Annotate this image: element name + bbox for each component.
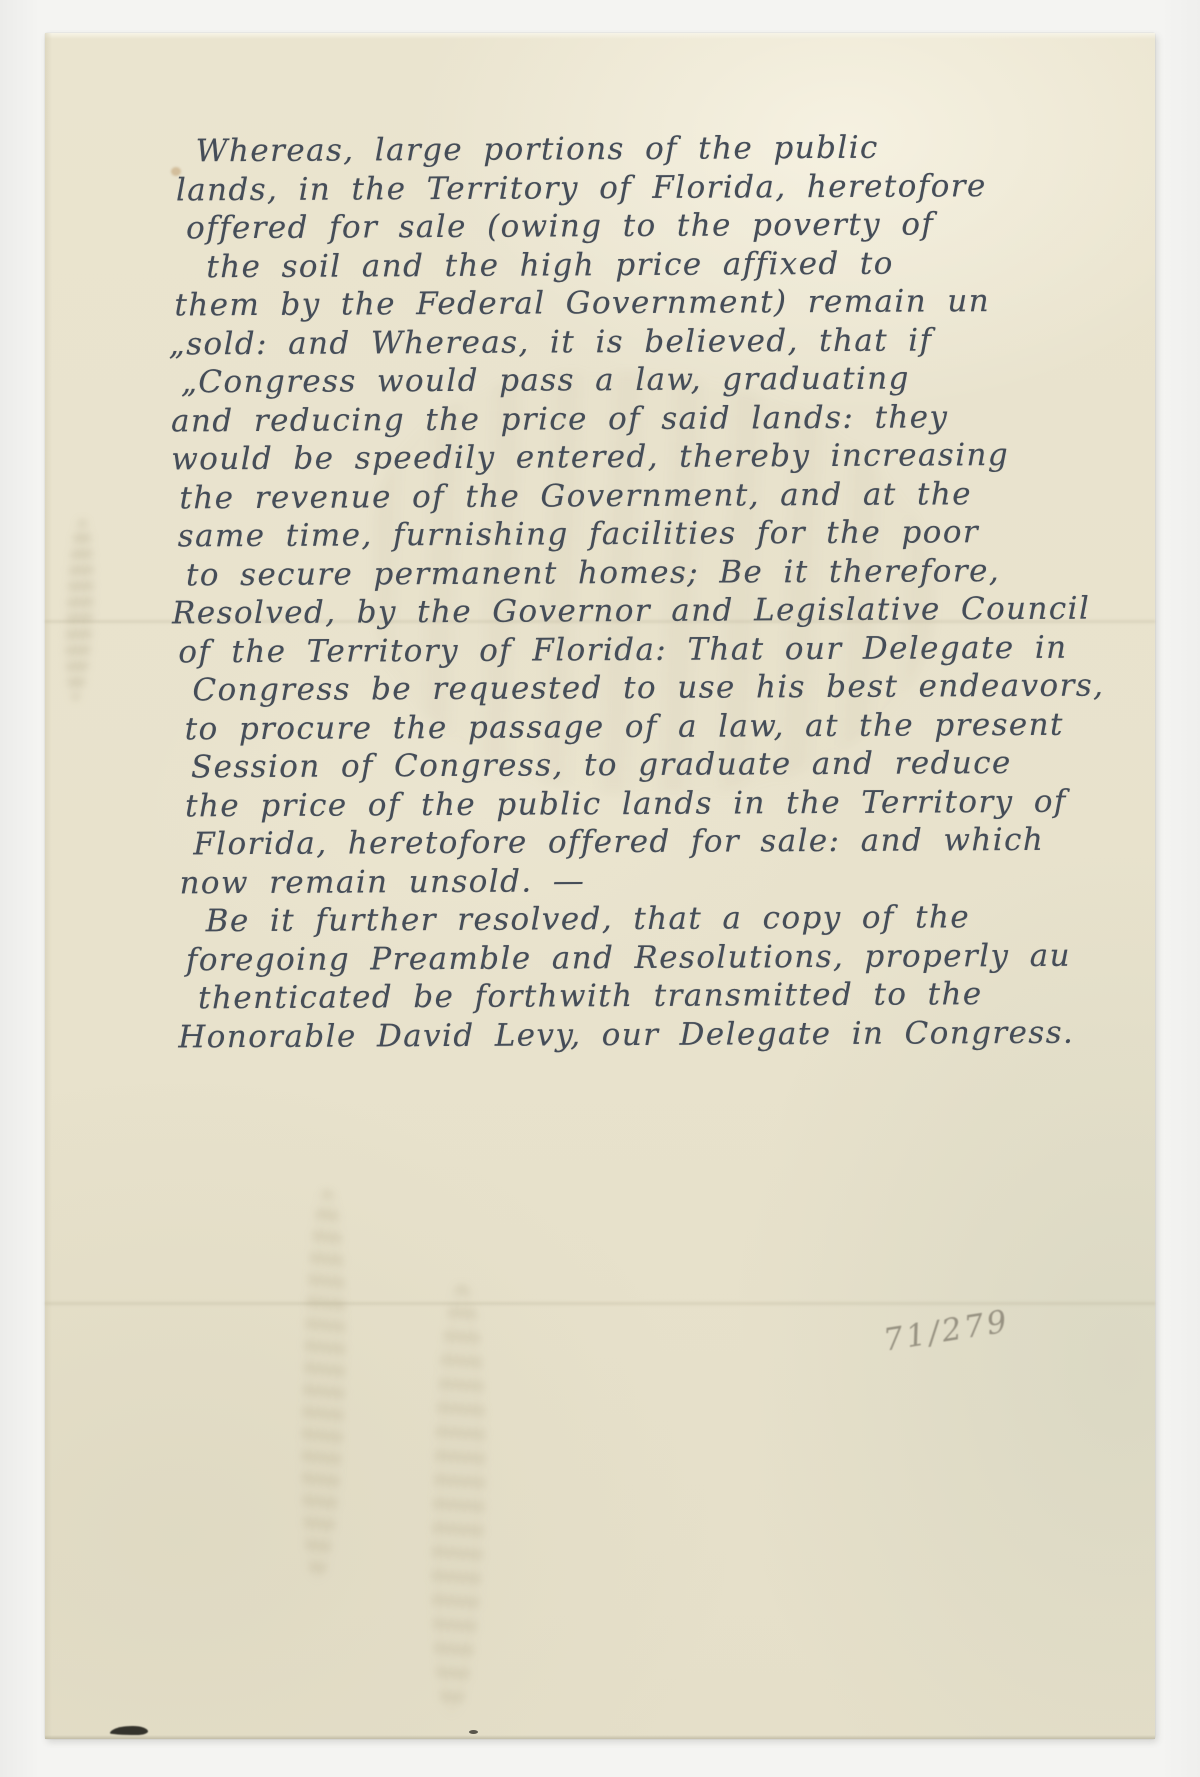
manuscript-line: thenticated be forthwith transmitted to …: [198, 975, 1102, 1018]
manuscript-line: the price of the public lands in the Ter…: [185, 782, 1101, 825]
manuscript-line: to secure permanent homes; Be it therefo…: [186, 551, 1100, 594]
foxing-spot: [171, 167, 181, 176]
manuscript-line: to procure the passage of a law, at the …: [185, 705, 1101, 748]
manuscript-line: offered for sale (owing to the poverty o…: [186, 205, 1098, 248]
manuscript-line: the revenue of the Government, and at th…: [179, 474, 1099, 517]
ink-bleedthrough-mark: [296, 1189, 352, 1580]
manuscript-line: same time, furnishing facilities for the…: [178, 513, 1100, 556]
manuscript-line: Congress be requested to use his best en…: [192, 667, 1100, 710]
manuscript-line: lands, in the Territory of Florida, here…: [176, 166, 1098, 209]
paper-bottom-edge: [45, 1735, 1155, 1739]
manuscript-page: Whereas, large portions of the public la…: [45, 33, 1155, 1739]
paper-top-edge: [45, 33, 1155, 39]
manuscript-line: them by the Federal Government) remain u…: [174, 282, 1098, 325]
manuscript-line: Resolved, by the Governor and Legislativ…: [172, 590, 1100, 633]
manuscript-line: now remain unsold. —: [179, 859, 1101, 902]
ink-speck: [469, 1730, 478, 1734]
margin-pencil-ghost-mark: [62, 519, 97, 700]
manuscript-line: of the Territory of Florida: That our De…: [178, 628, 1100, 671]
manuscript-line: Honorable David Levy, our Delegate in Co…: [178, 1013, 1102, 1056]
archival-page-number: 71/279: [881, 1303, 1012, 1358]
paper-fold-crease: [45, 1302, 1155, 1305]
manuscript-line: „Congress would pass a law, graduating: [181, 359, 1099, 402]
manuscript-line: the soil and the high price affixed to: [206, 243, 1098, 286]
manuscript-line: foregoing Preamble and Resolutions, prop…: [186, 936, 1102, 979]
ink-bleedthrough-mark: [426, 1284, 493, 1716]
manuscript-line: Be it further resolved, that a copy of t…: [206, 898, 1102, 941]
manuscript-body-text: Whereas, large portions of the public la…: [168, 128, 1103, 1057]
manuscript-line: Whereas, large portions of the public: [196, 128, 1098, 171]
manuscript-line: would be speedily entered, thereby incre…: [171, 436, 1099, 479]
manuscript-line: „sold: and Whereas, it is believed, that…: [169, 320, 1099, 363]
manuscript-line: and reducing the price of said lands: th…: [171, 397, 1099, 440]
ink-blot: [110, 1726, 148, 1735]
paper-left-edge: [45, 33, 52, 1739]
manuscript-line: Session of Congress, to graduate and red…: [191, 744, 1101, 787]
manuscript-line: Florida, heretofore offered for sale: an…: [193, 821, 1101, 864]
